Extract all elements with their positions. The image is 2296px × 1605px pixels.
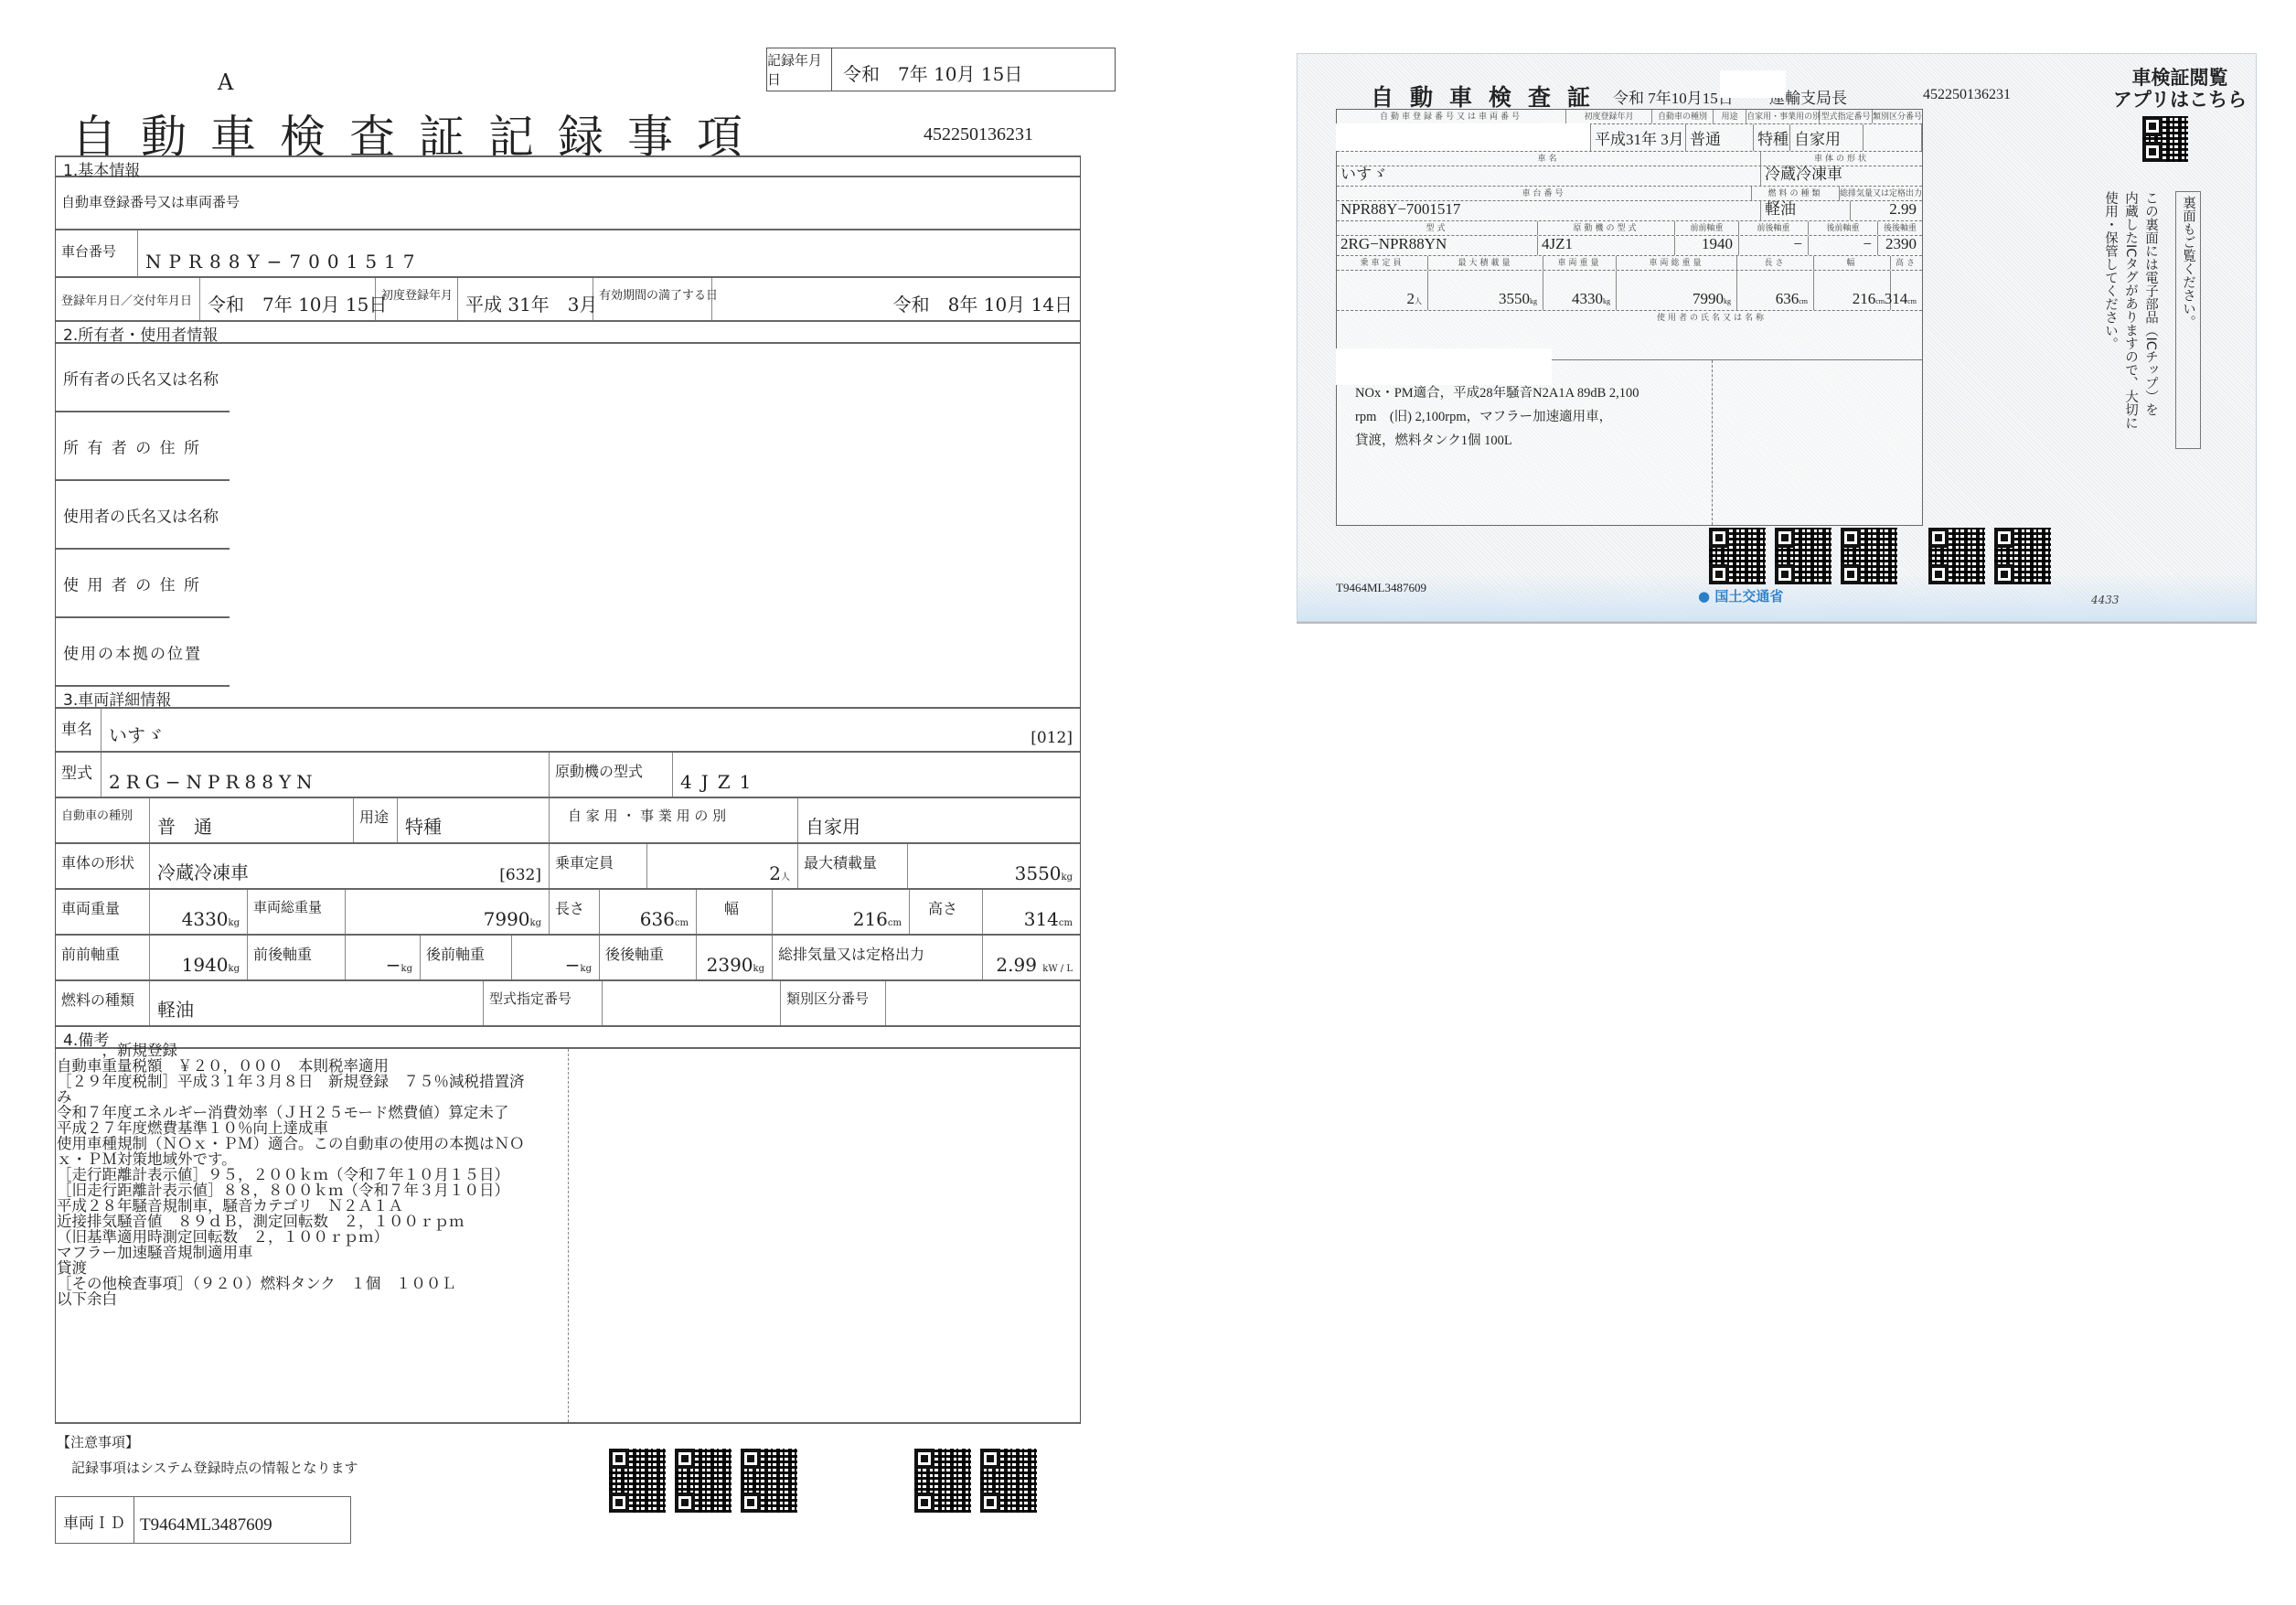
engine-value: 4JZ1 [680, 771, 760, 793]
cert-fr-axle: − [1793, 235, 1802, 253]
axle-row: 前前軸重 1940kg 前後軸重 −kg 後前軸重 −kg 後後軸重 2390k… [56, 936, 1080, 981]
car-name-code: [012] [1031, 729, 1073, 747]
fuel-label: 燃料の種類 [61, 989, 134, 1010]
ff-axle-value: 1940kg [182, 954, 240, 976]
cert-private: 自家用 [1794, 126, 1841, 149]
fr-axle-value: −kg [386, 954, 412, 976]
record-number: 452250136231 [924, 124, 1033, 145]
cert-capacity: 2人 [1407, 290, 1423, 308]
section-basic: 1.基本情報 [56, 155, 1080, 177]
category-label: 自動車の種別 [61, 806, 133, 823]
registration-row: 自動車登録番号又は車両番号 [56, 177, 1080, 230]
cert-model: 2RG−NPR88YN [1340, 235, 1447, 253]
cert-weight: 4330kg [1572, 290, 1610, 308]
certificate-title: 自動車検査証 [1371, 80, 1607, 112]
base-location-row: 使用の本拠の位置 [56, 618, 1080, 687]
record-letter: A [218, 70, 233, 95]
qr-code-icon [675, 1449, 732, 1513]
user-name-row: 使用者の氏名又は名称 [56, 481, 1080, 550]
qr-code-icon [1775, 528, 1831, 584]
weight-value: 4330kg [182, 908, 240, 930]
gross-value: 7990kg [484, 908, 541, 930]
max-load-label: 最大積載量 [804, 851, 877, 872]
rr-axle-value: 2390kg [707, 954, 764, 976]
category-value: 普 通 [157, 812, 212, 839]
record-date-box: 記録年月日 令和 7年 10月 15日 [766, 48, 1116, 91]
qr-code-icon [741, 1449, 797, 1513]
body-value: 冷蔵冷凍車 [157, 858, 249, 884]
body-code: [632] [499, 866, 541, 884]
owner-address-row: 所 有 者 の 住 所 [56, 412, 1080, 481]
rf-axle-label: 後前軸重 [426, 943, 485, 964]
qr-code-icon [914, 1449, 971, 1513]
record-date-value: 令和 7年 10月 15日 [832, 48, 1115, 91]
redacted-area [1720, 70, 1786, 98]
first-reg-label: 初度登録年月 [381, 285, 453, 303]
owner-address-label: 所 有 者 の 住 所 [63, 434, 201, 457]
expiry-value: 令和 8年 10月 14日 [893, 290, 1073, 316]
use-label: 用途 [359, 806, 389, 827]
model-label: 型式 [61, 760, 92, 783]
chassis-label: 車台番号 [61, 241, 116, 261]
chip-notice: この裏面には電子部品（ICチップ）を 内蔵したICタグがありますので、大切に 使… [2100, 191, 2161, 484]
user-name-label: 使用者の氏名又は名称 [63, 503, 219, 526]
qr-code-icon [1994, 528, 2051, 584]
registration-label: 自動車登録番号又は車両番号 [61, 192, 240, 211]
base-location-label: 使用の本拠の位置 [63, 640, 202, 663]
notice-text: 記録事項はシステム登録時点の情報となります [71, 1458, 358, 1477]
private-value: 自家用 [806, 812, 860, 839]
section-detail: 3.車両詳細情報 [56, 687, 1080, 709]
issue-date-value: 令和 7年 10月 15日 [208, 290, 387, 316]
user-address-row: 使 用 者 の 住 所 [56, 550, 1080, 618]
cert-use: 特種 [1757, 126, 1789, 149]
back-notice: 裏面もご覧ください。 [2175, 191, 2201, 449]
cert-vehicle-id: T9464ML3487609 [1336, 581, 1426, 595]
cert-gross: 7990kg [1693, 290, 1731, 308]
cert-length: 636cm [1776, 290, 1808, 308]
capacity-value: 2人 [769, 862, 790, 884]
owner-name-row: 所有者の氏名又は名称 [56, 344, 1080, 412]
category-row: 自動車の種別 普 通 用途 特種 自 家 用 ・ 事 業 用 の 別 自家用 [56, 798, 1080, 844]
weight-row: 車両重量 4330kg 車両総重量 7990kg 長さ 636cm 幅 216c… [56, 890, 1080, 936]
cert-first-reg: 平成31年 3月 [1595, 126, 1684, 149]
cert-category: 普通 [1690, 126, 1721, 149]
notice-heading: 【注意事項】 [57, 1432, 139, 1451]
body-label: 車体の形状 [61, 851, 134, 872]
rr-axle-label: 後後軸重 [605, 943, 664, 964]
car-name-row: 車名 いすゞ [012] [56, 709, 1080, 753]
weight-label: 車両重量 [61, 897, 120, 918]
model-value: 2RG−NPR88YN [109, 771, 318, 793]
max-load-value: 3550kg [1015, 862, 1073, 884]
record-sheet: A 自動車検査証記録事項 452250136231 記録年月日 令和 7年 10… [0, 0, 1143, 1605]
qr-code-icon [980, 1449, 1037, 1513]
qr-code-icon [1928, 528, 1985, 584]
record-date-label: 記録年月日 [767, 48, 832, 91]
certificate-table: 自動車登録番号又は車両番号 初度登録年月 自動車の種別 用途 自家用・事業用の別… [1336, 109, 1923, 526]
first-reg-value: 平成 31年 3月 [465, 290, 598, 316]
ff-axle-label: 前前軸重 [61, 943, 120, 964]
cert-width: 216cm [1853, 290, 1885, 308]
cert-fuel: 軽油 [1765, 196, 1796, 219]
expiry-label: 有効期間の満了する日 [599, 285, 718, 303]
certificate-number: 452250136231 [1923, 87, 2011, 103]
cert-remarks: NOx・PM適合，平成28年騒音N2A1A 89dB 2,100 rpm (旧)… [1337, 381, 1712, 453]
cert-chassis: NPR88Y−7001517 [1340, 200, 1460, 219]
section-owner: 2.所有者・使用者情報 [56, 322, 1080, 344]
remarks-text: ，新規登録 自動車重量税額 ￥２０，０００ 本則税率適用 ［２９年度税制］平成３… [57, 1043, 569, 1307]
cert-car-name: いすゞ [1340, 161, 1387, 184]
user-address-label: 使 用 者 の 住 所 [63, 572, 201, 594]
private-label: 自 家 用 ・ 事 業 用 の 別 [568, 806, 726, 825]
dates-row: 登録年月日／交付年月日 令和 7年 10月 15日 初度登録年月 平成 31年 … [56, 278, 1080, 322]
length-label: 長さ [555, 897, 584, 918]
car-name-label: 車名 [61, 716, 92, 739]
ministry-emblem-icon: ● [1698, 588, 1710, 605]
redacted-area [1336, 348, 1552, 385]
cert-rf-axle: − [1863, 235, 1872, 253]
inspection-certificate: 自動車検査証 令和 7年10月15日 運輸支局長 452250136231 自動… [1297, 53, 2257, 622]
cert-max-load: 3550kg [1499, 290, 1537, 308]
capacity-label: 乗車定員 [555, 851, 614, 872]
qr-code-icon [1709, 528, 1766, 584]
cert-body: 冷蔵冷凍車 [1765, 161, 1842, 184]
type-designation-label: 型式指定番号 [489, 989, 571, 1008]
body-row: 車体の形状 冷蔵冷凍車 [632] 乗車定員 2人 最大積載量 3550kg [56, 844, 1080, 890]
issue-date-label: 登録年月日／交付年月日 [61, 291, 192, 308]
cert-displacement: 2.99 [1889, 200, 1917, 219]
redacted-area [1336, 123, 1590, 151]
cert-height: 314cm [1885, 290, 1917, 308]
fuel-row: 燃料の種類 軽油 型式指定番号 類別区分番号 [56, 981, 1080, 1027]
vehicle-id-label: 車両ＩＤ [56, 1497, 134, 1543]
chassis-value: NPR88Y−7001517 [145, 251, 422, 273]
width-value: 216cm [853, 908, 902, 930]
certificate-date: 令和 7年10月15日 [1613, 85, 1734, 108]
displacement-value: 2.99 kW / L [996, 954, 1073, 976]
ministry-logo: ● 国土交通省 [1698, 586, 1783, 605]
cert-rr-axle: 2390 [1885, 235, 1917, 253]
chassis-row: 車台番号 NPR88Y−7001517 [56, 230, 1080, 278]
fr-axle-label: 前後軸重 [253, 943, 312, 964]
cert-serial: 4433 [2091, 594, 2120, 606]
vehicle-id-value: T9464ML3487609 [134, 1497, 272, 1543]
use-value: 特種 [405, 812, 442, 839]
owner-name-label: 所有者の氏名又は名称 [63, 366, 219, 389]
app-qr-code-icon[interactable] [2142, 116, 2188, 162]
app-promo: 車検証閲覧 アプリはこちら [2107, 67, 2253, 111]
car-name-value: いすゞ [109, 721, 164, 747]
class-label: 類別区分番号 [786, 989, 869, 1008]
qr-code-icon [609, 1449, 666, 1513]
fuel-value: 軽油 [157, 995, 194, 1022]
gross-label: 車両総重量 [253, 897, 322, 916]
height-value: 314cm [1024, 908, 1073, 930]
rf-axle-value: −kg [565, 954, 592, 976]
width-label: 幅 [724, 897, 739, 918]
length-value: 636cm [640, 908, 689, 930]
vehicle-id-box: 車両ＩＤ T9464ML3487609 [55, 1496, 351, 1544]
cert-engine: 4JZ1 [1542, 235, 1573, 253]
model-row: 型式 2RG−NPR88YN 原動機の型式 4JZ1 [56, 753, 1080, 798]
qr-code-icon [1841, 528, 1897, 584]
displacement-label: 総排気量又は定格出力 [778, 943, 924, 964]
height-label: 高さ [928, 897, 957, 918]
cert-ff-axle: 1940 [1702, 235, 1733, 253]
engine-label: 原動機の型式 [555, 760, 643, 781]
